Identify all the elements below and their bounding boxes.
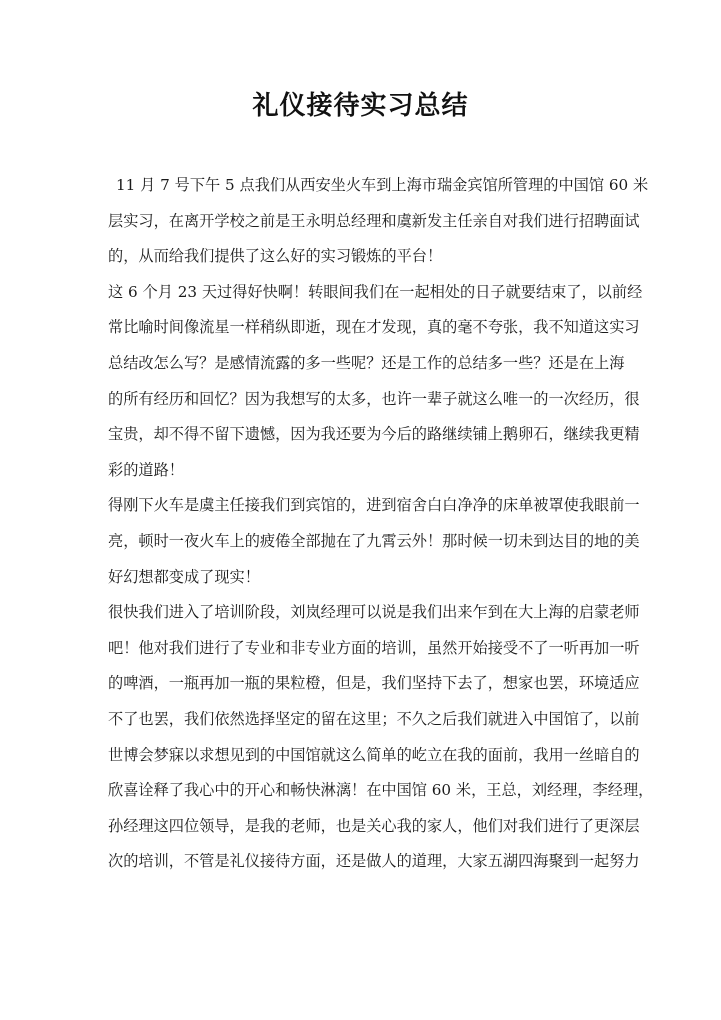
paragraph: 很快我们进入了培训阶段，刘岚经理可以说是我们出来乍到在大上海的启蒙老师 吧！他对… (108, 595, 614, 880)
text-line: 的，从而给我们提供了这么好的实习锻炼的平台！ (108, 239, 614, 275)
paragraph: 得刚下火车是虞主任接我们到宾馆的，进到宿舍白白净净的床单被罩使我眼前一 亮，顿时… (108, 488, 614, 595)
text-line: 好幻想都变成了现实！ (108, 560, 614, 596)
text-line: 的啤酒，一瓶再加一瓶的果粒橙，但是，我们坚持下去了，想家也罢，环境适应 (108, 666, 614, 702)
text-line: 欣喜诠释了我心中的开心和畅快淋漓！在中国馆 60 米，王总，刘经理，李经理， (108, 773, 614, 809)
text-line: 不了也罢，我们依然选择坚定的留在这里；不久之后我们就进入中国馆了，以前 (108, 702, 614, 738)
document-title: 礼仪接待实习总结 (0, 88, 721, 124)
text-line: 很快我们进入了培训阶段，刘岚经理可以说是我们出来乍到在大上海的启蒙老师 (108, 595, 614, 631)
text-line: 亮，顿时一夜火车上的疲倦全部抛在了九霄云外！那时候一切未到达目的地的美 (108, 524, 614, 560)
document-body: 11 月 7 号下午 5 点我们从西安坐火车到上海市瑞金宾馆所管理的中国馆 60… (108, 168, 614, 880)
text-line: 的所有经历和回忆？因为我想写的太多，也许一辈子就这么唯一的一次经历，很 (108, 382, 614, 418)
text-line: 孙经理这四位领导，是我的老师，也是关心我的家人，他们对我们进行了更深层 (108, 809, 614, 845)
text-line: 宝贵，却不得不留下遗憾，因为我还要为今后的路继续铺上鹅卵石，继续我更精 (108, 417, 614, 453)
text-line: 总结改怎么写？是感情流露的多一些呢？还是工作的总结多一些？还是在上海 (108, 346, 614, 382)
text-line: 彩的道路！ (108, 453, 614, 489)
text-line: 层实习，在离开学校之前是王永明总经理和虞新发主任亲自对我们进行招聘面试 (108, 204, 614, 240)
paragraph: 这 6 个月 23 天过得好快啊！转眼间我们在一起相处的日子就要结束了，以前经 … (108, 275, 614, 489)
text-line: 常比喻时间像流星一样稍纵即逝，现在才发现，真的毫不夸张，我不知道这实习 (108, 310, 614, 346)
text-line: 这 6 个月 23 天过得好快啊！转眼间我们在一起相处的日子就要结束了，以前经 (108, 275, 614, 311)
paragraph: 11 月 7 号下午 5 点我们从西安坐火车到上海市瑞金宾馆所管理的中国馆 60… (108, 168, 614, 275)
text-line: 得刚下火车是虞主任接我们到宾馆的，进到宿舍白白净净的床单被罩使我眼前一 (108, 488, 614, 524)
text-line: 吧！他对我们进行了专业和非专业方面的培训，虽然开始接受不了一听再加一听 (108, 631, 614, 667)
text-line: 11 月 7 号下午 5 点我们从西安坐火车到上海市瑞金宾馆所管理的中国馆 60… (108, 168, 614, 204)
text-line: 世博会梦寐以求想见到的中国馆就这么简单的屹立在我的面前，我用一丝暗自的 (108, 738, 614, 774)
document-page: 礼仪接待实习总结 11 月 7 号下午 5 点我们从西安坐火车到上海市瑞金宾馆所… (0, 0, 721, 1020)
text-line: 次的培训，不管是礼仪接待方面，还是做人的道理，大家五湖四海聚到一起努力 (108, 844, 614, 880)
